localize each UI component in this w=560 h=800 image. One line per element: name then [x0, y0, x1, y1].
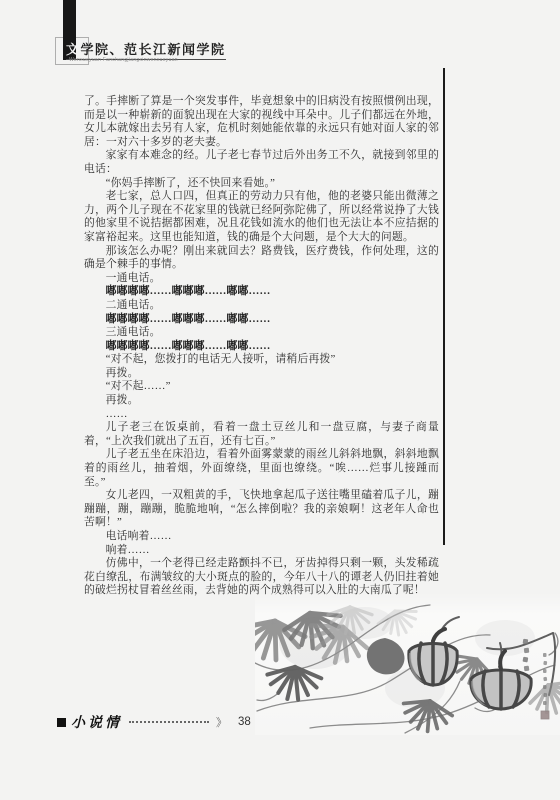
story-paragraph: “对不起，您拨打的电话无人接听，请稍后再拨” — [84, 353, 439, 367]
pumpkin-right — [471, 651, 531, 709]
story-paragraph: 儿子老五坐在床沿边，看着外面雾蒙蒙的雨丝儿斜斜地飘，斜斜地飘着的雨丝儿，抽着烟，… — [84, 448, 439, 489]
guillemet-icon: 》 — [216, 714, 227, 730]
solid-dark-leaf — [367, 638, 405, 674]
story-paragraph: 二通电话。 — [84, 299, 439, 313]
story-paragraph: 家家有本难念的经。儿子老七春节过后外出务工不久，就接到邻里的电话： — [84, 149, 439, 176]
story-paragraph: “对不起……” — [84, 380, 439, 394]
story-paragraph: 了。手摔断了算是一个突发事件，毕竟想象中的旧病没有按照惯例出现，而是以一种崭新的… — [84, 95, 439, 149]
section-title: 小说情 — [71, 712, 122, 732]
story-paragraph: 嘟嘟嘟嘟……嘟嘟嘟……嘟嘟…… — [84, 340, 439, 354]
journal-title-first-char: 文 — [66, 42, 81, 57]
ink-painting-svg — [255, 593, 560, 735]
pumpkin-left — [409, 629, 457, 685]
story-paragraph: 嘟嘟嘟嘟……嘟嘟嘟……嘟嘟…… — [84, 285, 439, 299]
story-paragraph: 女儿老四，一双粗黄的手，飞快地拿起瓜子送往嘴里磕着瓜子儿，蹦蹦蹦，蹦，蹦蹦，脆脆… — [84, 489, 439, 530]
story-paragraph: 儿子老三在饭桌前，看着一盘土豆丝儿和一盘豆腐，与妻子商量着，“上次我们就出了五百… — [84, 421, 439, 448]
journal-title-pinyin: Wenxueyuan Fanchangjiangxinwenxueyuan — [69, 57, 178, 63]
story-paragraph: 再拨。 — [84, 367, 439, 381]
story-paragraph: 再拨。 — [84, 394, 439, 408]
story-paragraph: 那该怎么办呢？刚出来就回去？路费钱，医疗费钱，作何处理，这的确是个棘手的事情。 — [84, 245, 439, 272]
story-paragraph: 三通电话。 — [84, 326, 439, 340]
story-paragraph: 嘟嘟嘟嘟……嘟嘟嘟……嘟嘟…… — [84, 313, 439, 327]
story-paragraph: 电话响着…… — [84, 530, 439, 544]
story-paragraph: 老七家，总人口四，但真正的劳动力只有他，他的老婆只能出微薄之力，两个儿子现在不花… — [84, 190, 439, 244]
story-paragraph: “你妈手摔断了，还不快回来看她。” — [84, 177, 439, 191]
dotted-leader — [129, 721, 209, 723]
page-footer: 小说情 》 38 — [57, 712, 251, 732]
story-paragraph: …… — [84, 408, 439, 422]
vertical-rule — [443, 68, 445, 545]
story-text: 了。手摔断了算是一个突发事件，毕竟想象中的旧病没有按照惯例出现，而是以一种崭新的… — [84, 95, 439, 598]
ink-painting — [255, 593, 560, 735]
page-number: 38 — [238, 716, 251, 728]
story-paragraph: 一通电话。 — [84, 272, 439, 286]
section-marker-icon — [57, 718, 66, 727]
magazine-page: 文学院、范长江新闻学院 Wenxueyuan Fanchangjiangxinw… — [0, 0, 560, 800]
story-paragraph: 响着…… — [84, 544, 439, 558]
journal-title-rest: 学院、范长江新闻学院 — [81, 42, 226, 57]
artist-seal — [541, 711, 549, 719]
story-paragraph: 仿佛中，一个老得已经走路颤抖不已，牙齿掉得只剩一颗，头发稀疏花白缭乱，布满皱纹的… — [84, 557, 439, 598]
